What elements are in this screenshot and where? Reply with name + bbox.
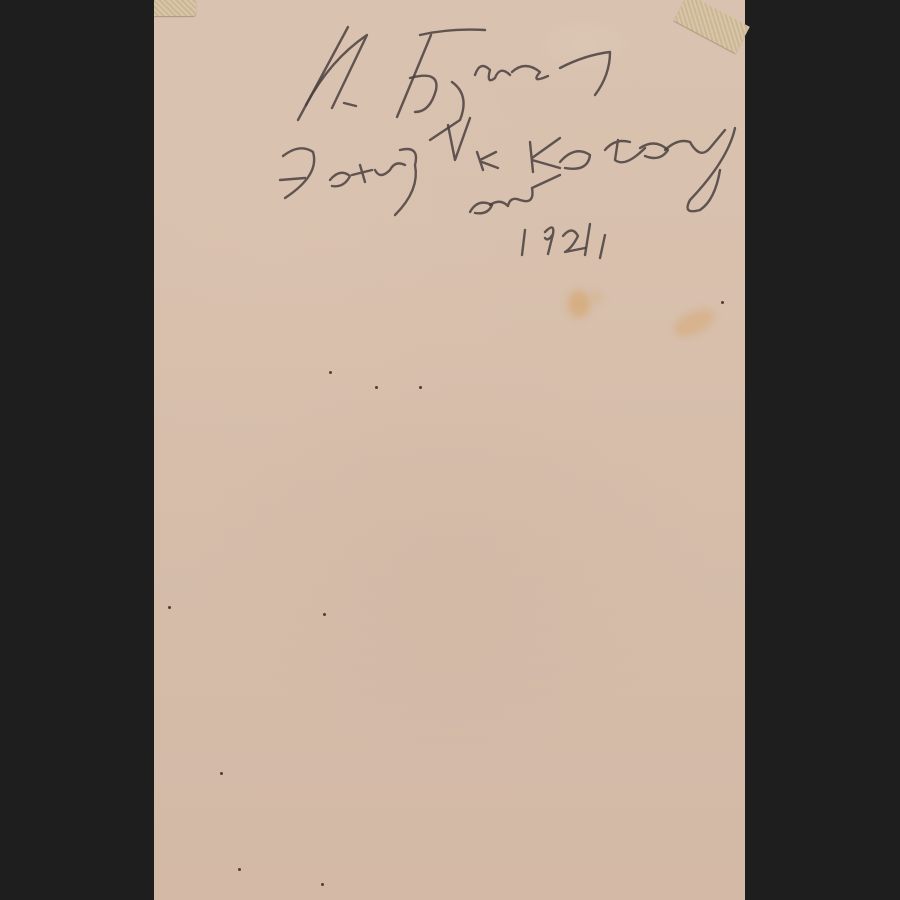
paper-speck — [238, 868, 241, 871]
paper-speck — [721, 301, 724, 304]
paper-speck — [419, 386, 422, 389]
tape-strip-left — [154, 0, 196, 16]
paper-speck — [329, 371, 332, 374]
dark-background-left — [0, 0, 154, 900]
paper-speck — [375, 386, 378, 389]
paper-speck — [168, 606, 171, 609]
paper-speck — [323, 613, 326, 616]
paper-sheet — [154, 0, 745, 900]
paper-speck — [321, 883, 324, 886]
stain-spot — [568, 290, 590, 318]
stain-spot — [592, 292, 602, 302]
paper-speck — [220, 772, 223, 775]
dark-background-right — [745, 0, 900, 900]
